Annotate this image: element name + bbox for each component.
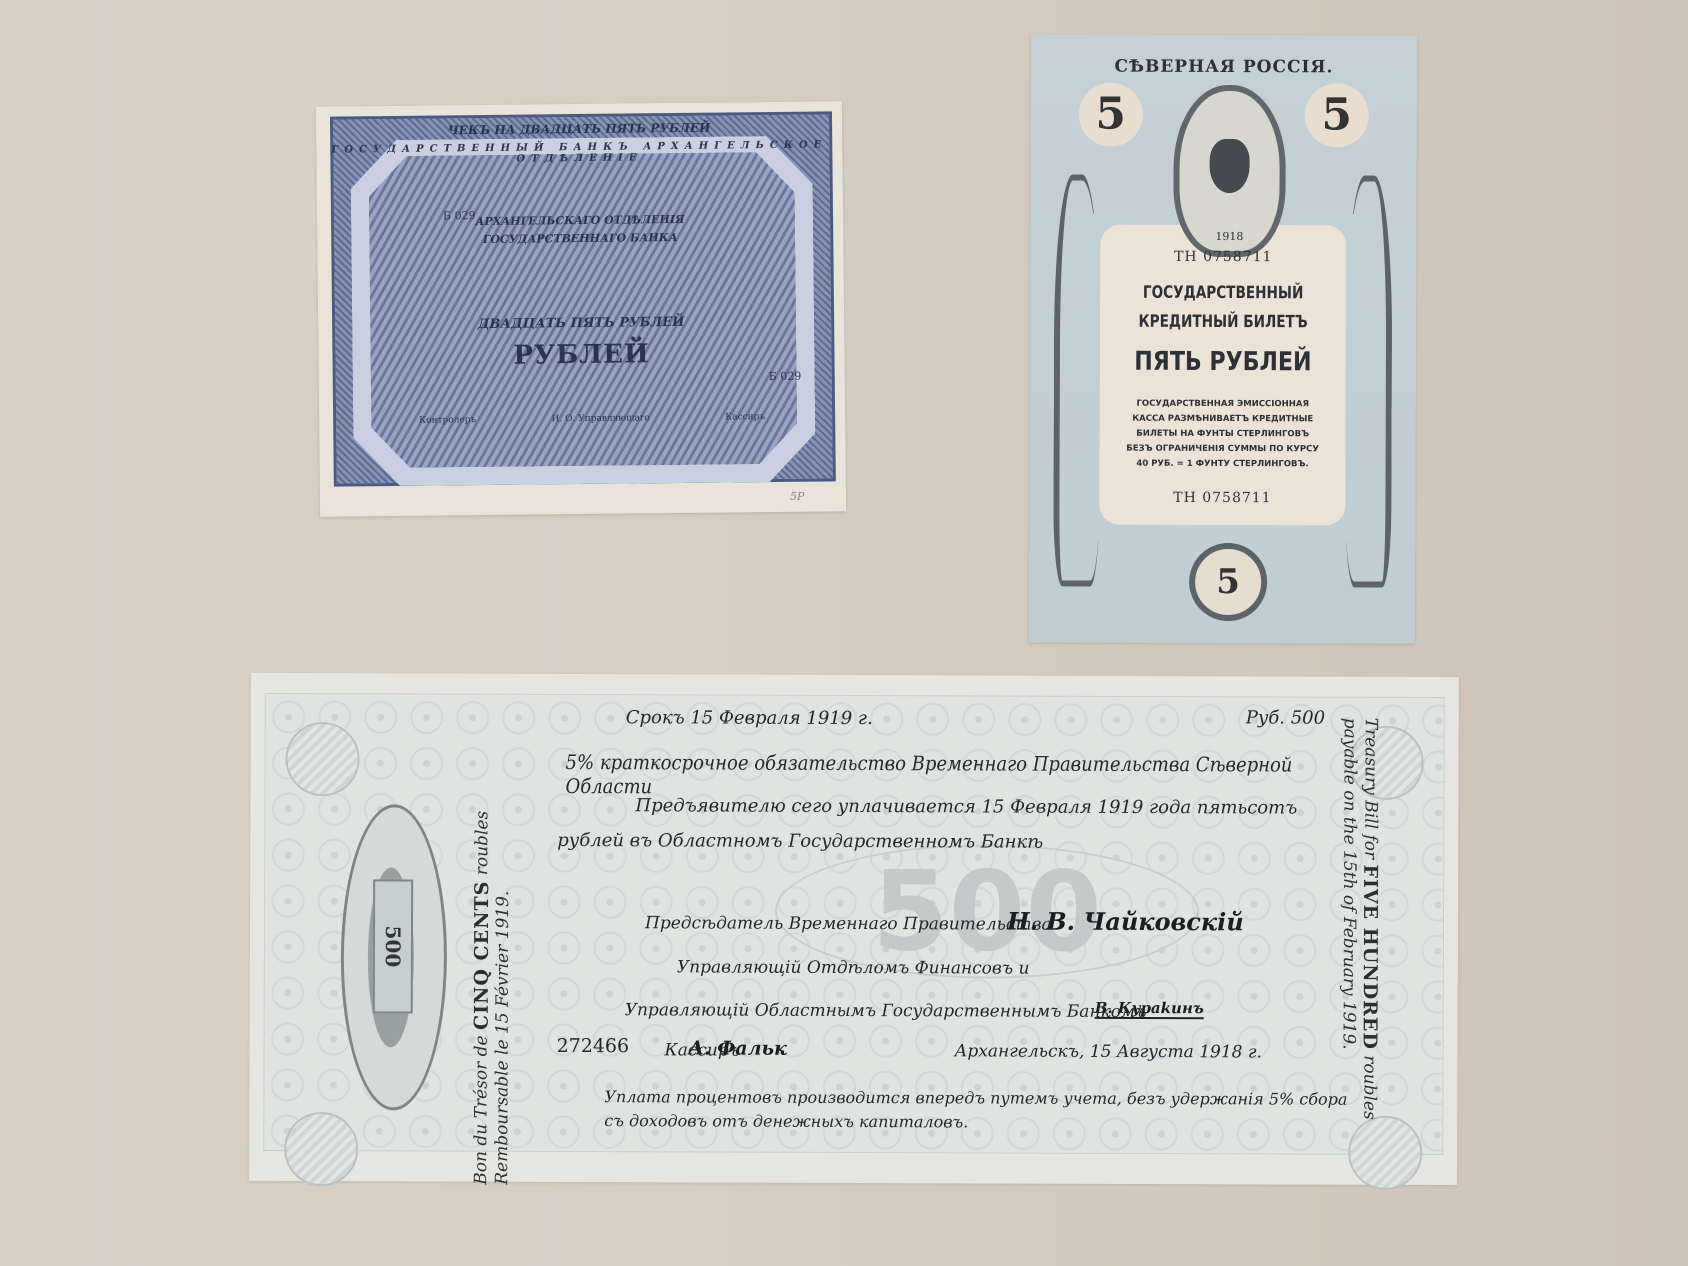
corner-digit-right: 5 bbox=[1305, 83, 1369, 147]
corner-medallion bbox=[285, 722, 359, 796]
corner-medallion bbox=[284, 1112, 358, 1186]
heading-denomination: ПЯТЬ РУБЛЕЙ bbox=[1059, 346, 1387, 377]
banknote-25-rubles: ЧЕКЪ НА ДВАДЦАТЬ ПЯТЬ РУБЛЕЙ ГОСУДАРСТВЕ… bbox=[316, 101, 846, 516]
pay-line-2: рублей въ Областномъ Государственномъ Ба… bbox=[557, 830, 1043, 853]
bank-label: Управляющій Областнымъ Государственнымъ … bbox=[625, 1000, 1147, 1022]
serial-bottom: Б 029 bbox=[769, 370, 802, 383]
right-scroll-ornament bbox=[1345, 175, 1392, 587]
heading-1: ГОСУДАРСТВЕННЫЙ bbox=[1069, 282, 1378, 303]
en-part: roubles bbox=[1359, 1055, 1379, 1119]
french-text: Bon du Trésor de CINQ CENTS roubles Remb… bbox=[470, 715, 514, 1185]
left-scroll-ornament bbox=[1053, 174, 1100, 586]
treasury-bill-500-rubles: 500 500 Bon du Trésor de CINQ CENTS roub… bbox=[249, 673, 1459, 1185]
place-date: Архангельскъ, 15 Августа 1918 г. bbox=[955, 1041, 1262, 1062]
body-line: ГОСУДАРСТВЕННАЯ ЭМИССІОННАЯ bbox=[1030, 396, 1416, 412]
footer-line: съ доходовъ отъ денежныхъ капиталовъ. bbox=[604, 1109, 1347, 1136]
body-line: БЕЗЪ ОГРАНИЧЕНІЯ СУММЫ ПО КУРСУ bbox=[1030, 441, 1416, 457]
amount-tag: Руб. 500 bbox=[1246, 707, 1325, 728]
cashier-signature: А. Фальк bbox=[689, 1037, 787, 1059]
sig-controller-label: Контролеръ bbox=[419, 415, 476, 426]
note-title: СѢВЕРНАЯ РОССІЯ. bbox=[1031, 56, 1417, 77]
fr-amount: CINQ CENTS bbox=[471, 881, 494, 1030]
pay-line-1: Предъявителю сего уплачивается 15 Феврал… bbox=[635, 795, 1297, 818]
term-line: Срокъ 15 Февраля 1919 г. bbox=[626, 707, 873, 729]
chairman-label: Предсѣдатель Временнаго Правительства bbox=[645, 913, 1052, 934]
heading-2: КРЕДИТНЫЙ БИЛЕТЪ bbox=[1069, 311, 1378, 332]
finance-label: Управляющій Отдѣломъ Финансовъ и bbox=[677, 957, 1030, 978]
fr-part: Bon du Trésor de bbox=[471, 1035, 492, 1184]
year-label: 1918 bbox=[1179, 230, 1279, 243]
exchange-text: ГОСУДАРСТВЕННАЯ ЭМИССІОННАЯ КАССА РАЗМѢН… bbox=[1030, 396, 1416, 472]
body-line: БИЛЕТЫ НА ФУНТЫ СТЕРЛИНГОВЪ bbox=[1030, 426, 1416, 442]
banknote-5-rubles: СѢВЕРНАЯ РОССІЯ. 5 5 1918 ТН 0758711 ГОС… bbox=[1029, 34, 1417, 643]
coat-of-arms: 1918 bbox=[1173, 85, 1286, 257]
corner-digit-left: 5 bbox=[1079, 82, 1143, 146]
chairman-signature: Н. В. Чайковскій bbox=[1007, 907, 1244, 937]
pencil-mark: 5Р bbox=[790, 490, 804, 503]
fr-part: roubles bbox=[472, 811, 492, 875]
en-amount: FIVE HUNDRED bbox=[1359, 865, 1382, 1050]
footer-text: Уплата процентовъ производится впередъ п… bbox=[604, 1085, 1347, 1136]
serial-number: 272466 bbox=[557, 1035, 630, 1057]
footer-line: Уплата процентовъ производится впередъ п… bbox=[604, 1085, 1347, 1112]
bank-signature: В. Кураkинъ bbox=[1095, 999, 1204, 1019]
body-line: 40 РУБ. = 1 ФУНТУ СТЕРЛИНГОВЪ. bbox=[1030, 456, 1416, 472]
sig-cashier-label: Кассиръ bbox=[725, 412, 765, 422]
value-box-label: 500 bbox=[375, 881, 411, 1011]
amount-big: РУБЛЕЙ bbox=[318, 337, 844, 373]
bottom-digit: 5 bbox=[1189, 543, 1267, 621]
body-line: КАССА РАЗМѢНИВАЕТЪ КРЕДИТНЫЕ bbox=[1030, 411, 1416, 427]
fr-repay: Remboursable le 15 Février 1919. bbox=[492, 891, 513, 1185]
serial-bottom: ТН 0758711 bbox=[1029, 489, 1415, 506]
double-headed-eagle-icon bbox=[1210, 139, 1250, 193]
value-box: 500 bbox=[373, 879, 413, 1013]
en-part: Treasury Bill for bbox=[1360, 718, 1380, 859]
sig-manager-label: И. О. Управляющаго bbox=[551, 413, 650, 424]
guilloche-field: 500 500 Bon du Trésor de CINQ CENTS roub… bbox=[263, 693, 1445, 1155]
bill-title: 5% краткосрочное обязательство Временнаг… bbox=[565, 750, 1355, 801]
serial-top: ТН 0758711 bbox=[1030, 248, 1416, 265]
